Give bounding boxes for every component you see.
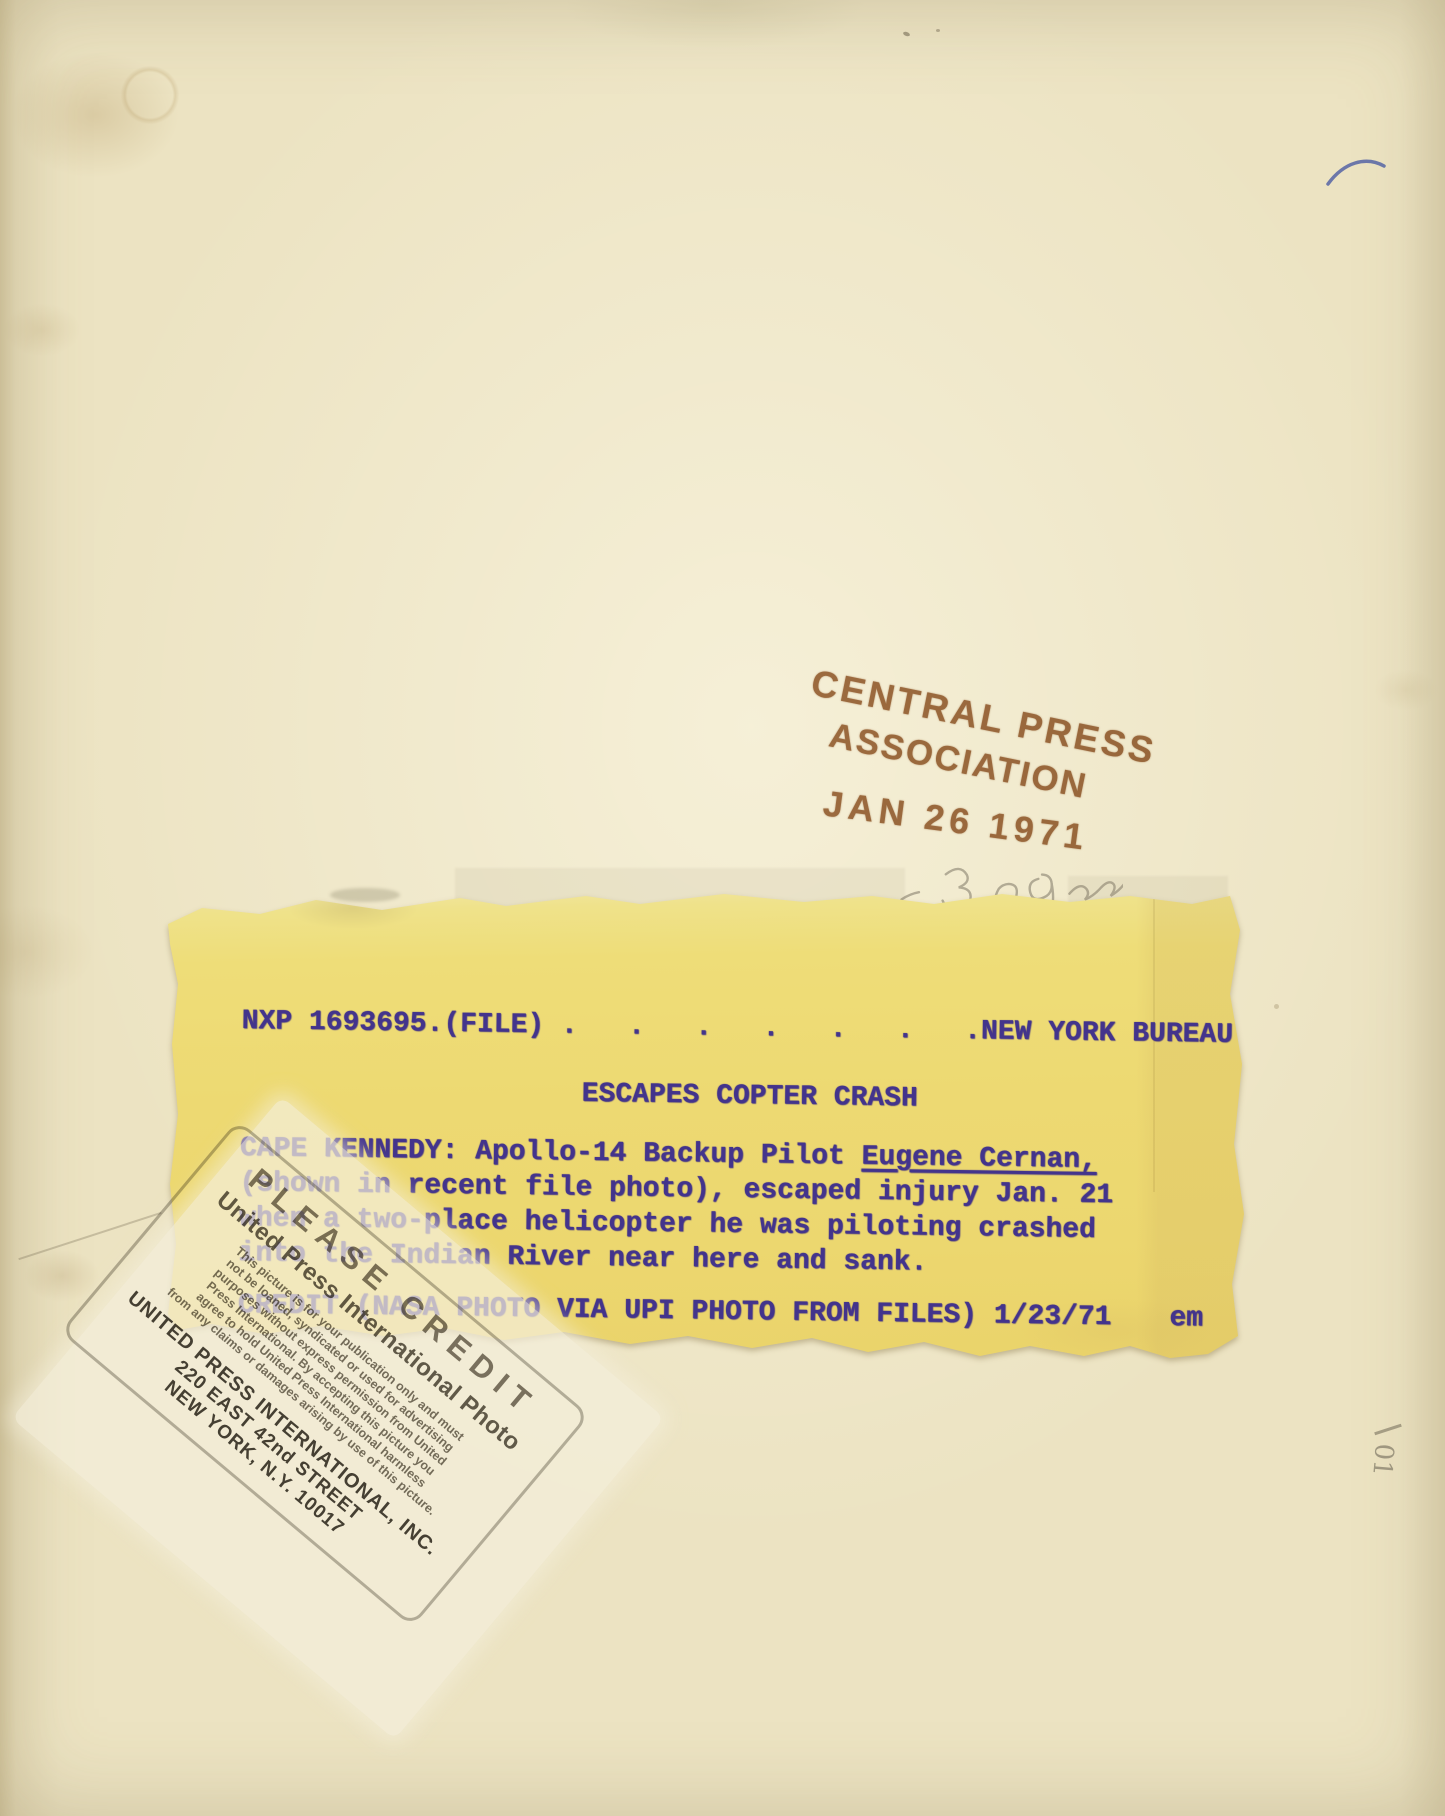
photo-verso-page: CENTRAL PRESS ASSOCIATION JAN 26 1971 NX… [0,0,1445,1816]
paper-speck [1274,1004,1279,1009]
caption-body-line1-name: Eugene Cernan, [861,1142,1097,1176]
typist-initials: em [1169,1301,1203,1336]
pen-mark [1322,150,1392,195]
pencil-edge-number: 01 [1366,1442,1399,1478]
pencil-edge-mark: 01 [1366,1428,1402,1475]
paper-speck [936,29,940,32]
pencil-edge-dash [1374,1424,1402,1436]
caption-header-line: NXP 1693695.(FILE) . . . . . . .NEW YORK… [242,1004,1224,1053]
paper-speck [903,31,911,37]
caption-headline: ESCAPES COPTER CRASH [259,1072,1241,1121]
